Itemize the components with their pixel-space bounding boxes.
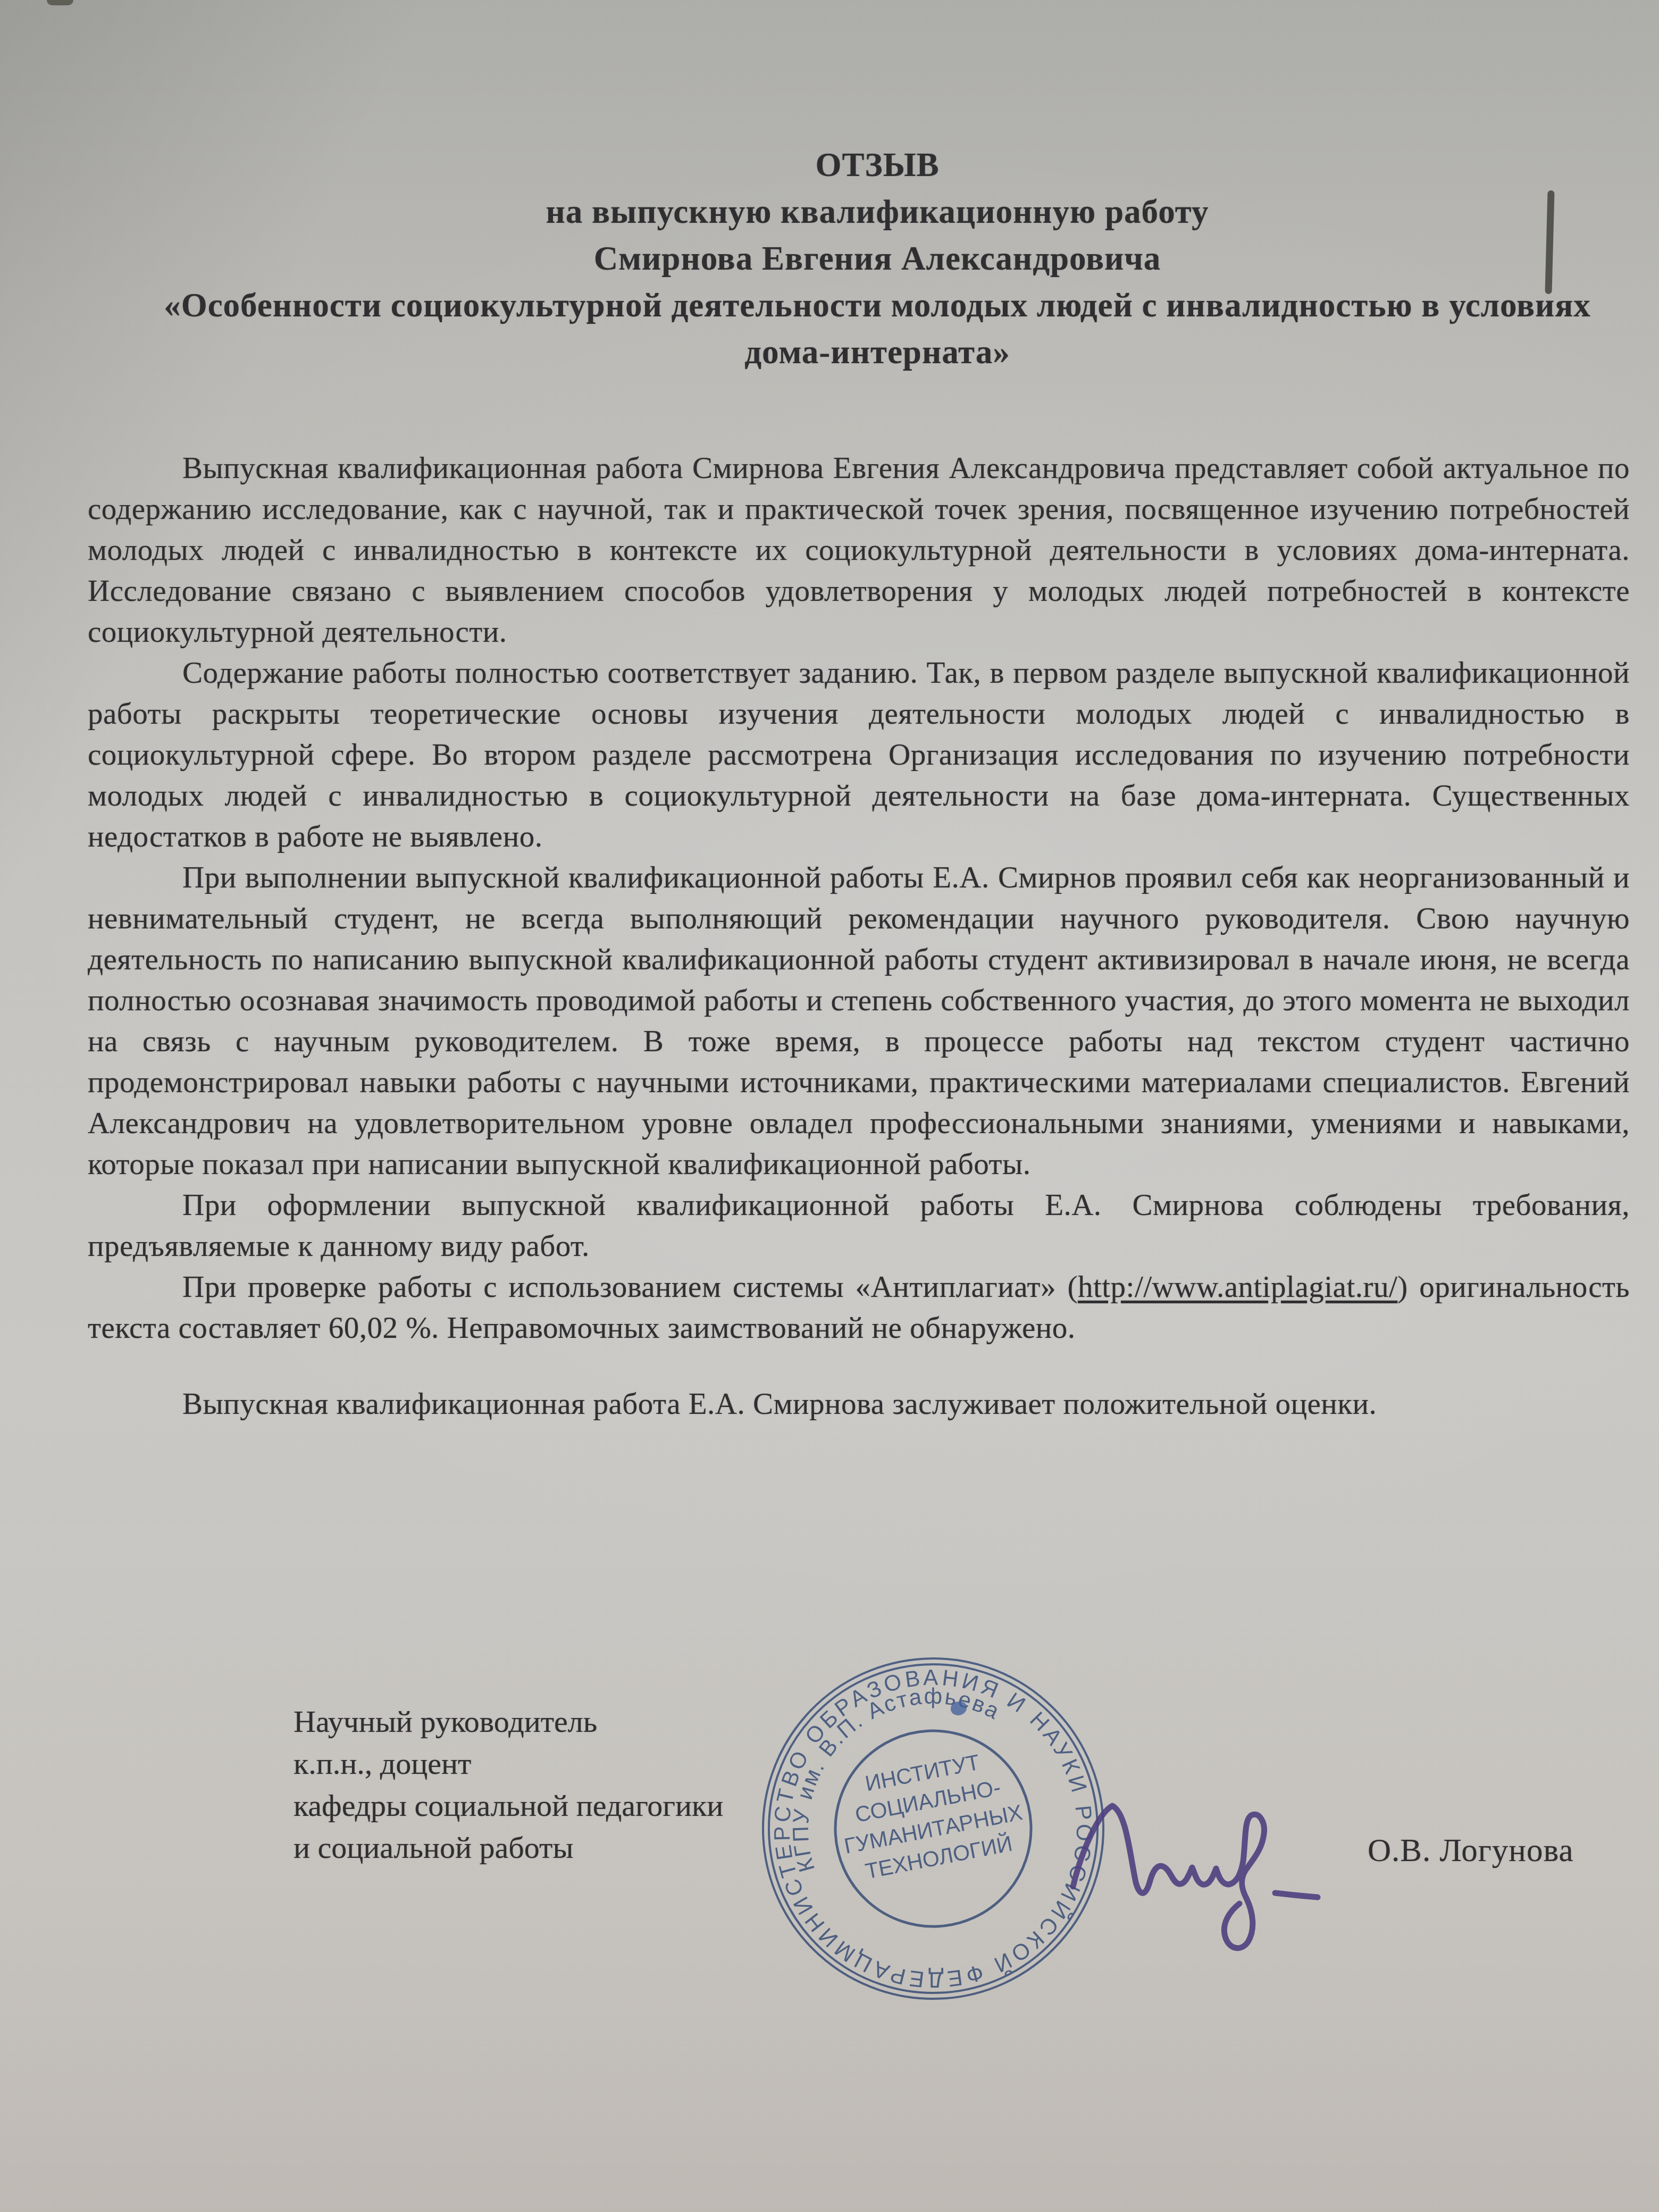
paragraph-1: Выпускная квалификационная работа Смирно… — [88, 448, 1630, 652]
signature-role-line-3: кафедры социальной педагогики — [294, 1784, 723, 1826]
paragraph-3: При выполнении выпускной квалификационно… — [88, 857, 1630, 1185]
paragraph-2: Содержание работы полностью соответствуе… — [88, 652, 1630, 857]
subtitle-line-1: на выпускную квалификационную работу — [122, 188, 1632, 235]
paragraph-4: При оформлении выпускной квалификационно… — [88, 1185, 1630, 1267]
signature-name: О.В. Логунова — [1368, 1832, 1574, 1870]
document-page: ОТЗЫВ на выпускную квалификационную рабо… — [0, 0, 1659, 2212]
conclusion-paragraph: Выпускная квалификационная работа Е.А. С… — [88, 1384, 1630, 1425]
document-body: Выпускная квалификационная работа Смирно… — [88, 448, 1630, 1425]
document-header: ОТЗЫВ на выпускную квалификационную рабо… — [122, 141, 1632, 375]
signature-role-line-2: к.п.н., доцент — [294, 1742, 723, 1784]
handwritten-signature — [1058, 1771, 1398, 1994]
signature-role-line-1: Научный руководитель — [294, 1700, 723, 1742]
document-title: ОТЗЫВ — [122, 141, 1632, 188]
photo-edge-artifact — [47, 0, 73, 5]
signature-role-line-4: и социальной работы — [294, 1826, 723, 1869]
signature-block: Научный руководитель к.п.н., доцент кафе… — [294, 1700, 723, 1869]
stamp-institute-name: ИНСТИТУТ СОЦИАЛЬНО- ГУМАНИТАРНЫХ ТЕХНОЛО… — [831, 1744, 1030, 1887]
antiplagiat-url: http://www.antiplagiat.ru/ — [1078, 1270, 1397, 1304]
paragraph-5: При проверке работы с использованием сис… — [88, 1267, 1630, 1348]
thesis-title: «Особенности социокультурной деятельност… — [122, 282, 1632, 375]
subtitle-line-2: Смирнова Евгения Александровича — [122, 235, 1632, 282]
antiplagiat-text-before: При проверке работы с использованием сис… — [182, 1270, 1078, 1304]
